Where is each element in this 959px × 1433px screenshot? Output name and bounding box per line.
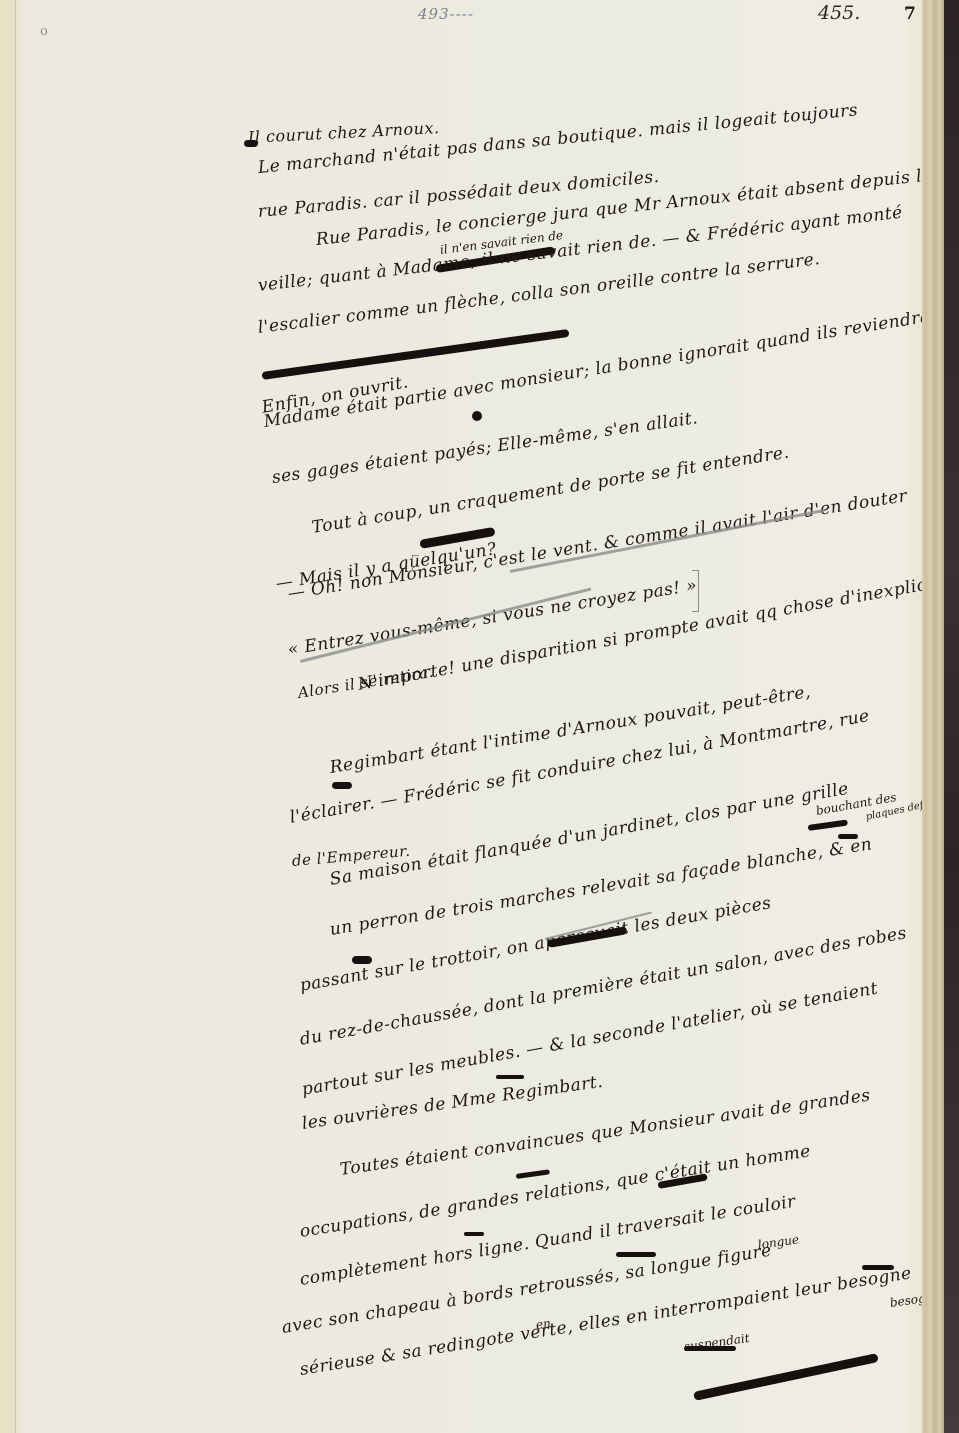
strike-through — [472, 411, 482, 421]
strike-through — [496, 1075, 524, 1079]
folio-ink-number: 455. — [818, 2, 860, 24]
strike-through — [244, 140, 258, 147]
folio-number: 7 — [904, 4, 916, 24]
folio-pencil-number: 493---- — [418, 5, 474, 23]
strike-through — [693, 1353, 879, 1401]
pencil-bracket-open — [412, 555, 419, 571]
corner-mark: o — [40, 24, 48, 39]
interlinear-addition: en — [535, 1316, 552, 1332]
strike-through — [684, 1346, 736, 1351]
manuscript-line: — Oh! non Monsieur, c'est le vent. & com… — [286, 486, 908, 604]
strike-through — [808, 819, 848, 831]
gutter-line — [15, 0, 16, 1433]
manuscript-page: o 493---- 455. 7 Il courut chez Arnoux. … — [0, 0, 922, 1433]
strike-through — [616, 1252, 656, 1257]
binding-cover — [944, 0, 959, 1433]
manuscript-line: passant sur le trottoir, on apercevait l… — [298, 893, 773, 996]
strike-through — [516, 1169, 550, 1179]
strike-through — [332, 782, 352, 789]
strike-through — [464, 1232, 484, 1236]
page-edge — [922, 0, 944, 1433]
